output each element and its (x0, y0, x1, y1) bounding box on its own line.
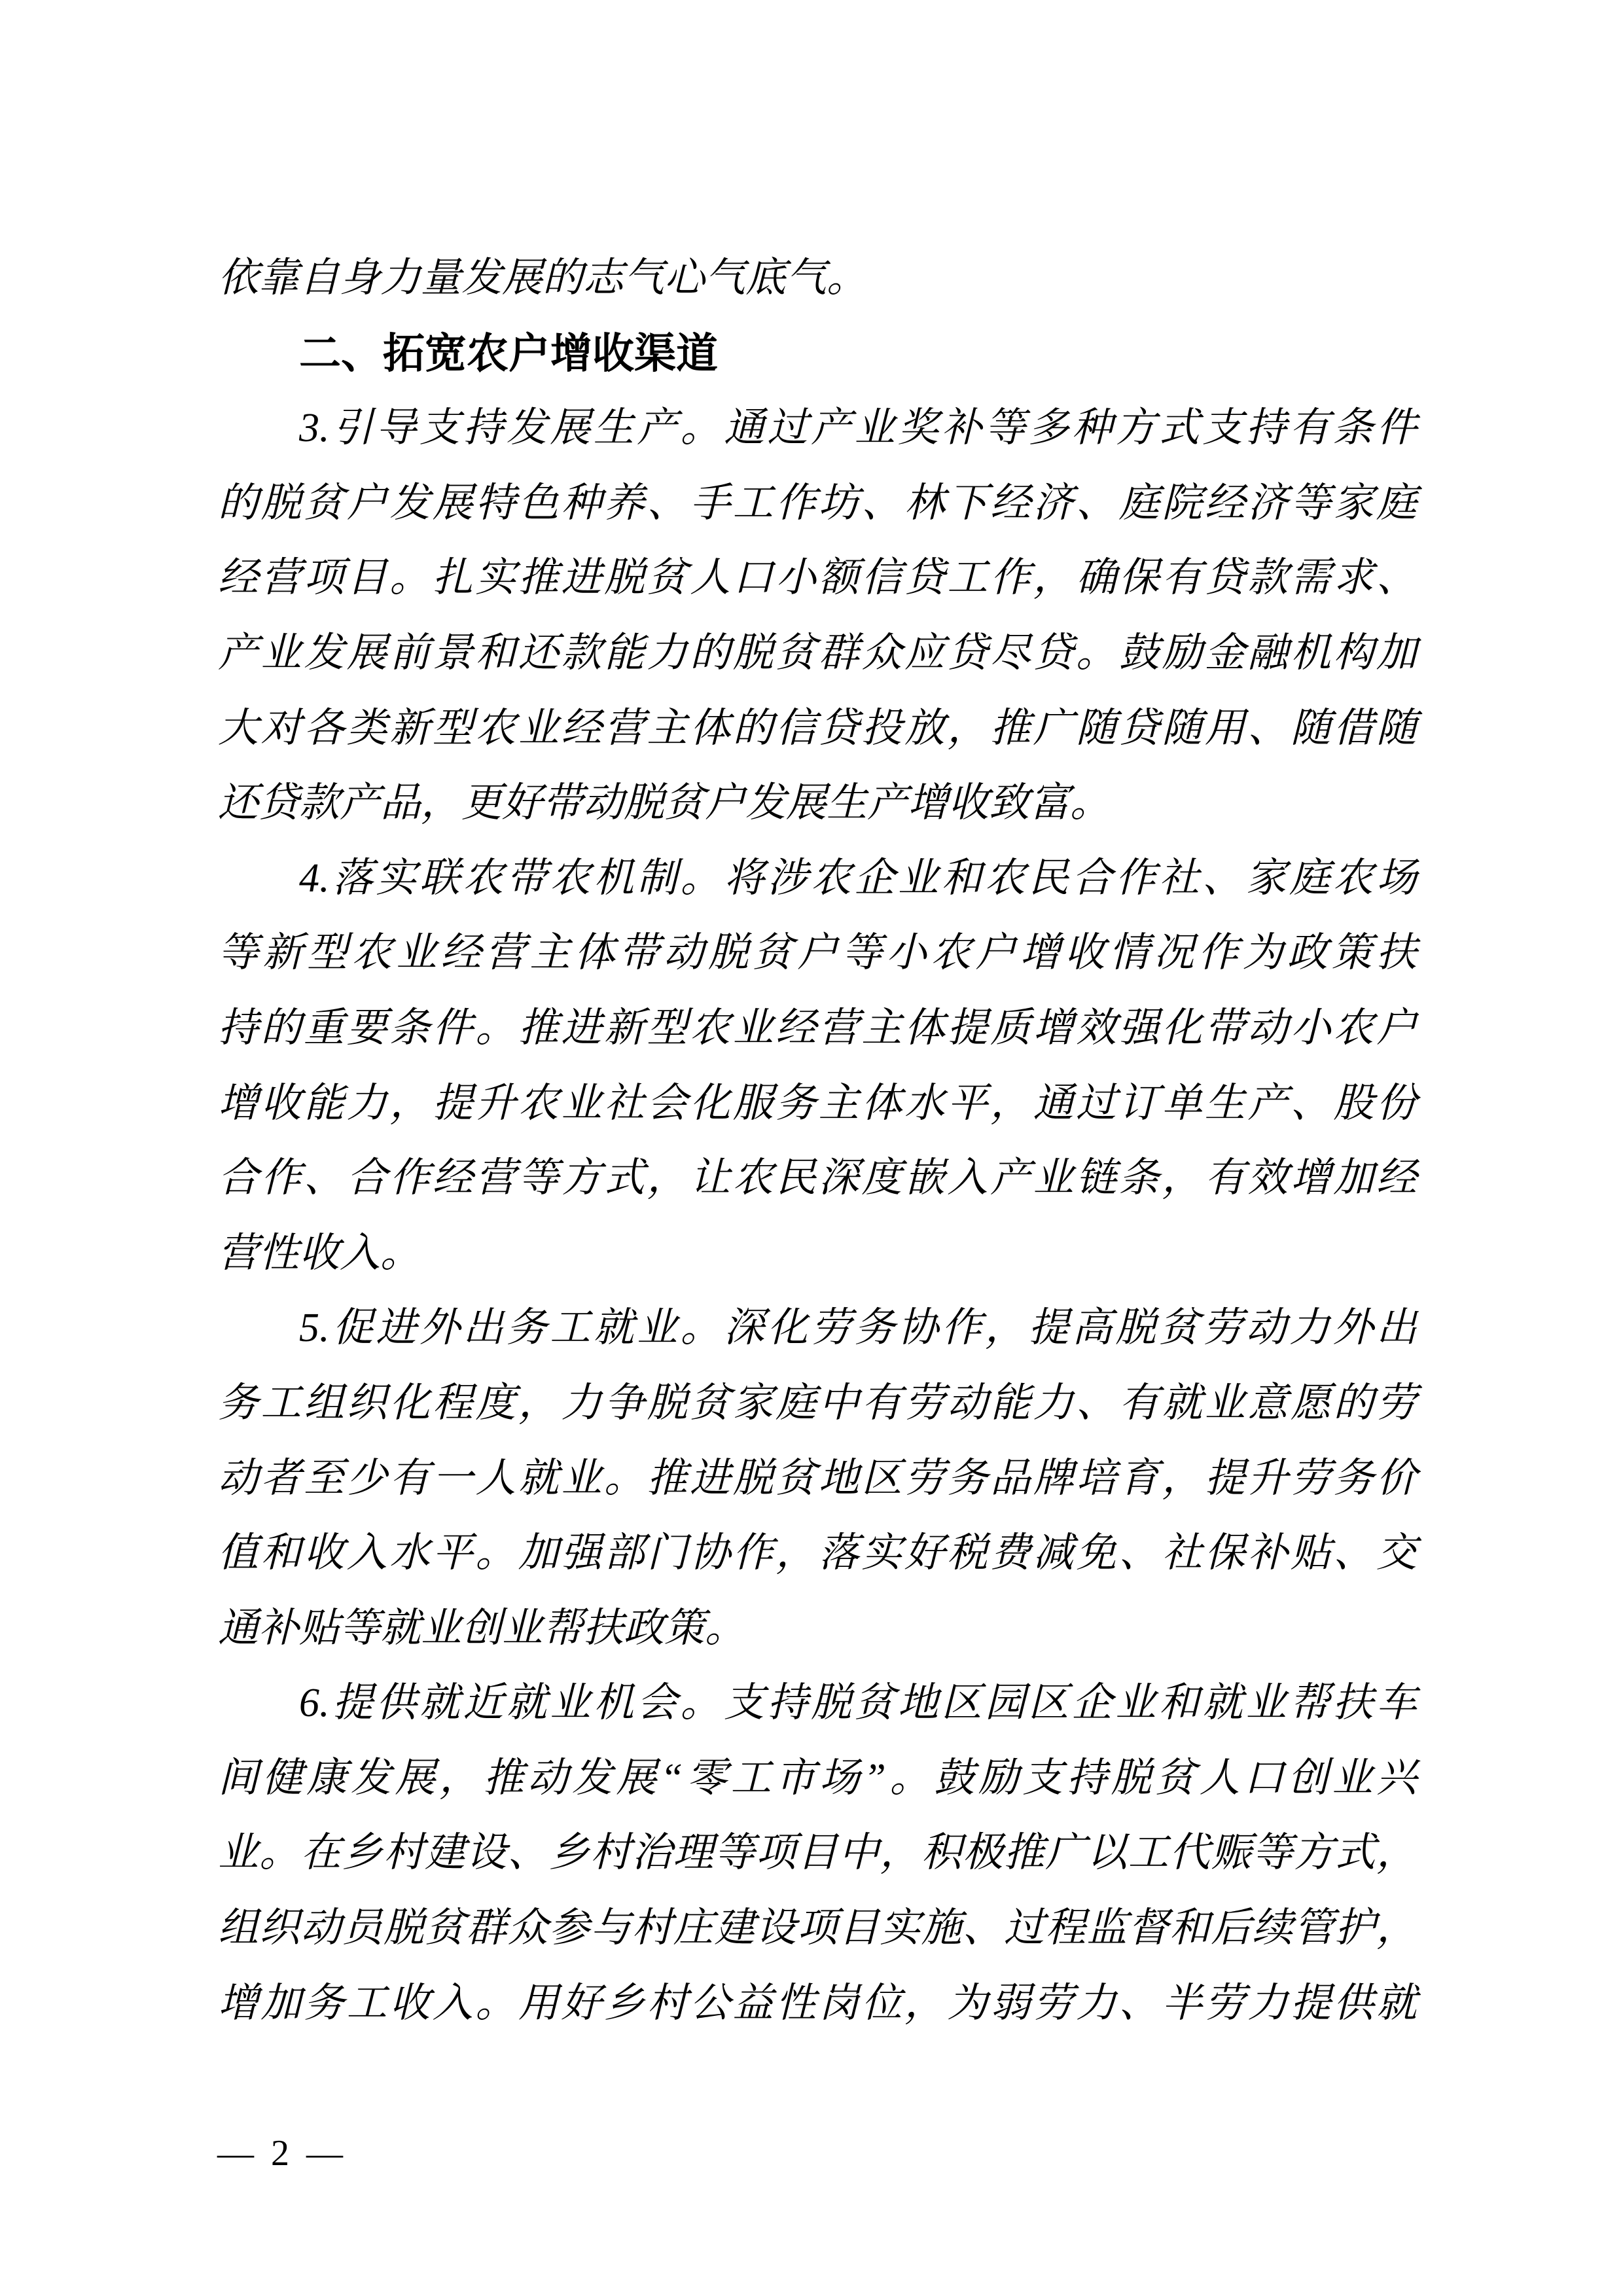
text-line: 通补贴等就业创业帮扶政策。 (218, 1591, 1417, 1666)
text-line: 4.落实联农带农机制。将涉农企业和农民合作社、家庭农场 (218, 841, 1417, 916)
document-page: 依靠自身力量发展的志气心气底气。二、拓宽农户增收渠道3.引导支持发展生产。通过产… (0, 0, 1623, 2296)
text-line: 增加务工收入。用好乡村公益性岗位，为弱劳力、半劳力提供就 (218, 1966, 1417, 2041)
text-line: 5.促进外出务工就业。深化劳务协作，提高脱贫劳动力外出 (218, 1291, 1417, 1366)
text-line: 务工组织化程度，力争脱贫家庭中有劳动能力、有就业意愿的劳 (218, 1366, 1417, 1441)
text-line: 值和收入水平。加强部门协作，落实好税费减免、社保补贴、交 (218, 1516, 1417, 1591)
text-line: 还贷款产品，更好带动脱贫户发展生产增收致富。 (218, 766, 1417, 841)
text-line: 6.提供就近就业机会。支持脱贫地区园区企业和就业帮扶车 (218, 1666, 1417, 1741)
text-line: 3.引导支持发展生产。通过产业奖补等多种方式支持有条件 (218, 391, 1417, 466)
text-line: 产业发展前景和还款能力的脱贫群众应贷尽贷。鼓励金融机构加 (218, 616, 1417, 691)
text-line: 经营项目。扎实推进脱贫人口小额信贷工作，确保有贷款需求、 (218, 541, 1417, 616)
text-line: 营性收入。 (218, 1216, 1417, 1291)
text-line: 持的重要条件。推进新型农业经营主体提质增效强化带动小农户 (218, 991, 1417, 1066)
text-line: 的脱贫户发展特色种养、手工作坊、林下经济、庭院经济等家庭 (218, 466, 1417, 541)
text-line: 动者至少有一人就业。推进脱贫地区劳务品牌培育，提升劳务价 (218, 1441, 1417, 1516)
text-line: 合作、合作经营等方式，让农民深度嵌入产业链条，有效增加经 (218, 1141, 1417, 1216)
text-line: 间健康发展，推动发展“零工市场”。鼓励支持脱贫人口创业兴 (218, 1741, 1417, 1816)
text-line: 等新型农业经营主体带动脱贫户等小农户增收情况作为政策扶 (218, 916, 1417, 991)
text-line: 大对各类新型农业经营主体的信贷投放，推广随贷随用、随借随 (218, 691, 1417, 766)
text-line: 增收能力，提升农业社会化服务主体水平，通过订单生产、股份 (218, 1066, 1417, 1141)
text-line: 依靠自身力量发展的志气心气底气。 (218, 241, 1417, 316)
document-text-block: 依靠自身力量发展的志气心气底气。二、拓宽农户增收渠道3.引导支持发展生产。通过产… (218, 241, 1417, 2041)
text-line: 业。在乡村建设、乡村治理等项目中，积极推广以工代赈等方式， (218, 1816, 1417, 1891)
page-number: — 2 — (217, 2135, 347, 2172)
text-line: 组织动员脱贫群众参与村庄建设项目实施、过程监督和后续管护， (218, 1891, 1417, 1966)
section-heading: 二、拓宽农户增收渠道 (218, 316, 1417, 391)
